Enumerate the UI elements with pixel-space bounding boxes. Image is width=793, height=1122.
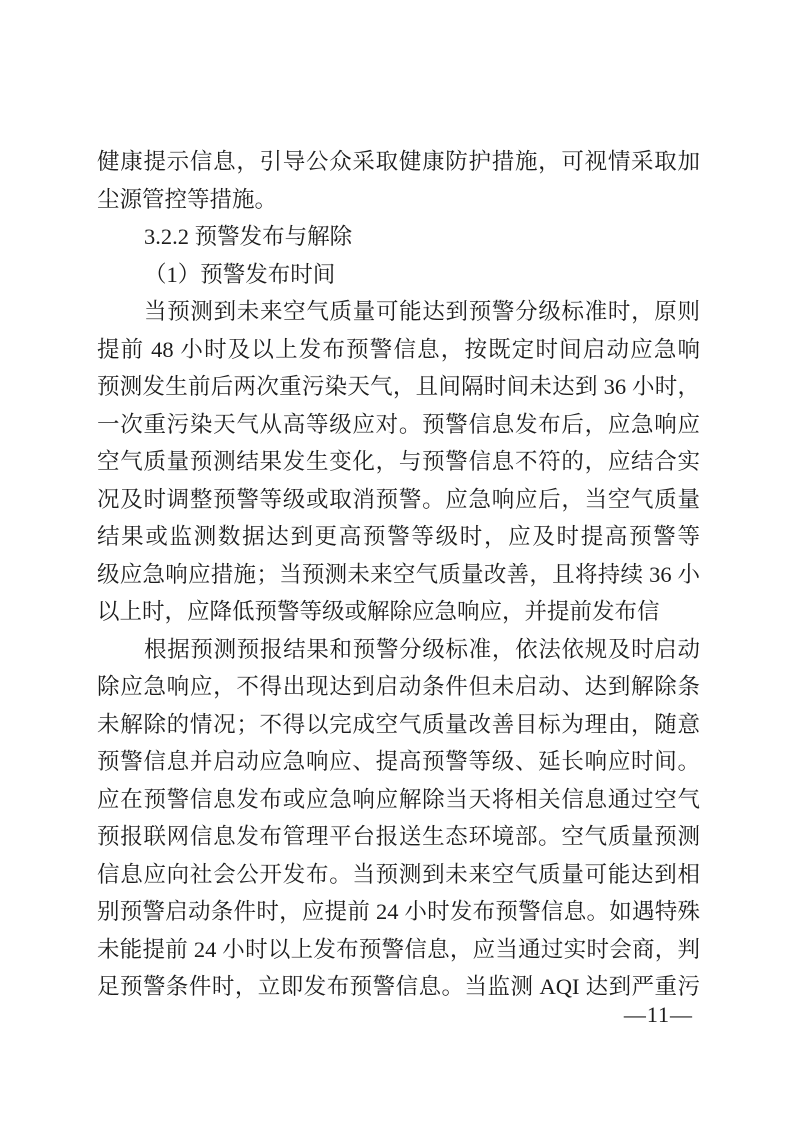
text-line: 根据预测预报结果和预警分级标准，依法依规及时启动和解 [97,631,700,669]
text-line: 未能提前 24 小时以上发布预警信息，应当通过实时会商，判断满 [97,931,700,969]
text-line: 预警信息并启动应急响应、提高预警等级、延长响应时间。各地 [97,743,700,781]
text-line: 未解除的情况；不得以完成空气质量改善目标为理由，随意发布 [97,706,700,744]
section-heading-3-2-2: 3.2.2 预警发布与解除 [97,218,700,256]
text-line: 结果或监测数据达到更高预警等级时，应及时提高预警等级，升 [97,518,700,556]
text-line: 除应急响应，不得出现达到启动条件但未启动、达到解除条件而 [97,668,700,706]
subsection-heading-1: （1）预警发布时间 [97,256,700,294]
text-line: 尘源管控等措施。 [97,181,700,219]
text-line: 预测发生前后两次重污染天气，且间隔时间未达到 36 小时，应按 [97,368,700,406]
page-number: —11— [624,1000,693,1030]
text-line: 应在预警信息发布或应急响应解除当天将相关信息通过空气质量 [97,781,700,819]
text-line: 当预测到未来空气质量可能达到预警分级标准时，原则上 [97,293,700,331]
text-line: 健康提示信息，引导公众采取健康防护措施，可视情采取加强扬 [97,143,700,181]
text-line: 别预警启动条件时，应提前 24 小时发布预警信息。如遇特殊情况 [97,893,700,931]
text-line: 级应急响应措施；当预测未来空气质量改善，且将持续 36 小时及 [97,556,700,594]
text-line: 预报联网信息发布管理平台报送生态环境部。空气质量预测预报 [97,818,700,856]
text-line: 足预警条件时，立即发布预警信息。当监测 AQI 达到严重污染级 [97,968,700,1006]
text-line: 提前 48 小时及以上发布预警信息，按既定时间启动应急响应。当 [97,331,700,369]
text-line: 一次重污染天气从高等级应对。预警信息发布后，应急响应前， [97,406,700,444]
text-line: 空气质量预测结果发生变化，与预警信息不符的，应结合实际情 [97,443,700,481]
text-line: 信息应向社会公开发布。当预测到未来空气质量可能达到相应级 [97,856,700,894]
text-line: 以上时，应降低预警等级或解除应急响应，并提前发布信息。 [97,593,700,631]
document-page: 健康提示信息，引导公众采取健康防护措施，可视情采取加强扬 尘源管控等措施。 3.… [0,0,793,1122]
text-line: 况及时调整预警等级或取消预警。应急响应后，当空气质量预测 [97,481,700,519]
document-body: 健康提示信息，引导公众采取健康防护措施，可视情采取加强扬 尘源管控等措施。 3.… [97,143,700,1006]
